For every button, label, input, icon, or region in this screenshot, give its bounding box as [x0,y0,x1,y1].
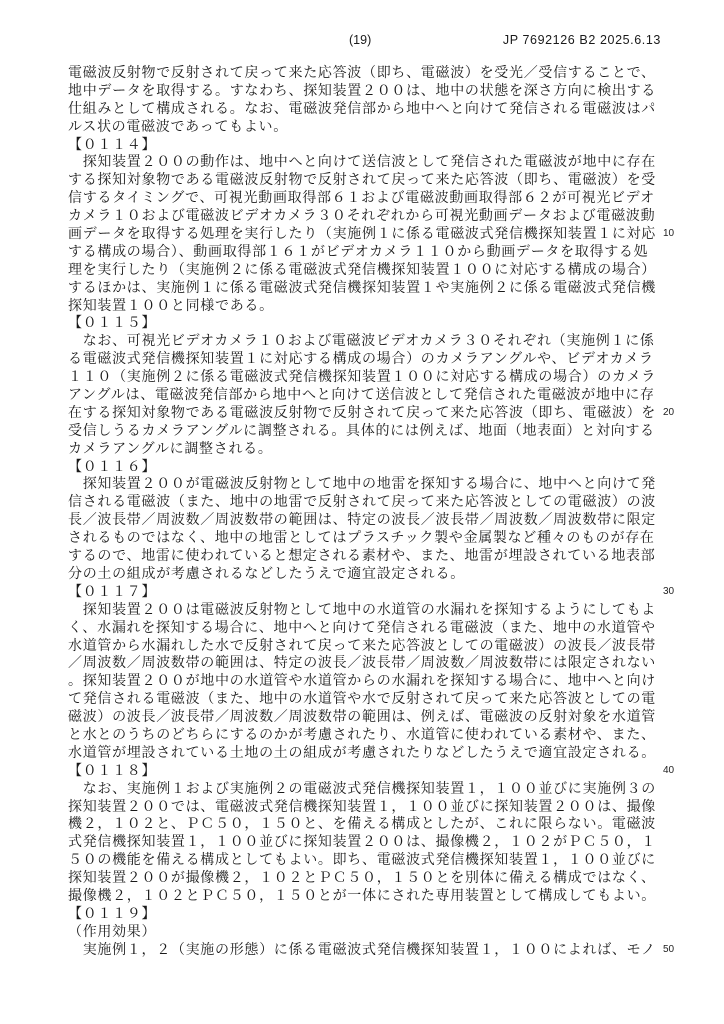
text-line: 探知装置２００の動作は、地中へと向けて送信波として発信された電磁波が地中に存在 [68,153,660,171]
text-line: 信するタイミングで、可視光動画取得部６１および電磁波動画取得部６２が可視光ビデオ [68,189,660,207]
text-line: 【０１１６】 [68,458,660,476]
line-number-40: 40 [663,765,689,777]
text-line: 探知装置２００は電磁波反射物として地中の水道管の水漏れを探知するようにしてもよ [68,601,660,619]
text-line: 探知装置２００が撮像機２，１０２とＰＣ５０，１５０とを別体に備える構成ではなく、 [68,869,660,887]
text-line: 理を実行したり（実施例２に係る電磁波式発信機探知装置１００に対応する構成の場合） [68,261,660,279]
text-line: 探知装置２００では、電磁波式発信機探知装置１，１００並びに探知装置２００は、撮像 [68,798,660,816]
text-line: １１０（実施例２に係る電磁波式発信機探知装置１００に対応する構成の場合）のカメラ [68,368,660,386]
line-number-30: 30 [663,586,689,598]
text-line: する探知対象物である電磁波反射物で反射されて戻って来た応答波（即ち、電磁波）を受 [68,171,660,189]
text-line: する構成の場合）、動画取得部１６１がビデオカメラ１１０から動画データを取得する処 [68,243,660,261]
text-line: なお、可視光ビデオカメラ１０および電磁波ビデオカメラ３０それぞれ（実施例１に係 [68,332,660,350]
text-line: く、水漏れを探知する場合に、地中へと向けて発信される電磁波（また、地中の水道管や [68,619,660,637]
line-number-50: 50 [663,944,689,956]
text-line: 。探知装置２００が地中の水道管や水道管からの水漏れを探知する場合に、地中へと向け [68,672,660,690]
text-line: ５０の機能を備える構成としてもよい。即ち、電磁波式発信機探知装置１，１００並びに [68,851,660,869]
text-line: 【０１１７】 [68,583,660,601]
text-line: 【０１１９】 [68,905,660,923]
text-line: と水とのうちのどちらにするのかが考慮されたり、水道管に使われている素材や、また、 [68,726,660,744]
text-line: 仕組みとして構成される。なお、電磁波発信部から地中へと向けて発信される電磁波はパ [68,100,660,118]
text-line: 探知装置２００が電磁波反射物として地中の地雷を探知する場合に、地中へと向けて発 [68,475,660,493]
text-line: 信される電磁波（また、地中の地雷で反射されて戻って来た応答波としての電磁波）の波 [68,493,660,511]
text-line: されるものではなく、地中の地雷としてはプラスチック製や金属製など種々のものが存在 [68,529,660,547]
text-line: 受信しうるカメラアングルに調整される。具体的には例えば、地面（地表面）と対向する [68,422,660,440]
header-kind-code: (19) [349,33,371,47]
text-line: る電磁波式発信機探知装置１に対応する構成の場合）のカメラアングルや、ビデオカメラ [68,350,660,368]
text-line: 機２，１０２と、ＰＣ５０，１５０と、を備える構成としたが、これに限らない。電磁波 [68,815,660,833]
text-line: ルス状の電磁波であってもよい。 [68,118,660,136]
text-line: 探知装置１００と同様である。 [68,297,660,315]
text-line: 在する探知対象物である電磁波反射物で反射されて戻って来た応答波（即ち、電磁波）を [68,404,660,422]
text-line: 実施例１，２（実施の形態）に係る電磁波式発信機探知装置１，１００によれば、モノ [68,941,660,959]
text-line: 撮像機２，１０２とＰＣ５０，１５０とが一体にされた専用装置として構成してもよい。 [68,887,660,905]
text-line: 【０１１５】 [68,314,660,332]
text-line: 分の土の組成が考慮されるなどしたうえで適宜設定される。 [68,565,660,583]
body-text: 電磁波反射物で反射されて戻って来た応答波（即ち、電磁波）を受光／受信することで、… [68,64,660,959]
text-line: ／周波数／周波数帯の範囲は、特定の波長／波長帯／周波数／周波数帯には限定されない [68,654,660,672]
patent-document-page: (19) JP 7692126 B2 2025.6.13 電磁波反射物で反射され… [0,0,724,1024]
text-line: 電磁波反射物で反射されて戻って来た応答波（即ち、電磁波）を受光／受信することで、 [68,64,660,82]
text-line: 式発信機探知装置１，１００並びに探知装置２００は、撮像機２，１０２がＰＣ５０，１ [68,833,660,851]
header-publication-number: JP 7692126 B2 2025.6.13 [503,33,661,47]
text-line: 【０１１４】 [68,136,660,154]
text-line: 画データを取得する処理を実行したり（実施例１に係る電磁波式発信機探知装置１に対応 [68,225,660,243]
text-line: （作用効果） [68,923,660,941]
text-line: 【０１１８】 [68,762,660,780]
text-line: 水道管から水漏れした水で反射されて戻って来た応答波としての電磁波）の波長／波長帯 [68,637,660,655]
text-line: するので、地雷に使われていると想定される素材や、また、地雷が埋設されている地表部 [68,547,660,565]
text-line: アングルは、電磁波発信部から地中へと向けて送信波として発信された電磁波が地中に存 [68,386,660,404]
text-line: するほかは、実施例１に係る電磁波式発信機探知装置１や実施例２に係る電磁波式発信機 [68,279,660,297]
text-line: 長／波長帯／周波数／周波数帯の範囲は、特定の波長／波長帯／周波数／周波数帯に限定 [68,511,660,529]
text-line: カメラアングルに調整される。 [68,440,660,458]
line-number-10: 10 [663,228,689,240]
text-line: カメラ１０および電磁波ビデオカメラ３０それぞれから可視光動画データおよび電磁波動 [68,207,660,225]
text-line: 磁波）の波長／波長帯／周波数／周波数帯の範囲は、例えば、電磁波の反射対象を水道管 [68,708,660,726]
line-number-20: 20 [663,407,689,419]
text-line: 地中データを取得する。すなわち、探知装置２００は、地中の状態を深さ方向に検出する [68,82,660,100]
text-line: なお、実施例１および実施例２の電磁波式発信機探知装置１，１００並びに実施例３の [68,780,660,798]
text-line: て発信される電磁波（また、地中の水道管や水で反射されて戻って来た応答波としての電 [68,690,660,708]
text-line: 水道管が埋設されている土地の土の組成が考慮されたりなどしたうえで適宜設定される。 [68,744,660,762]
